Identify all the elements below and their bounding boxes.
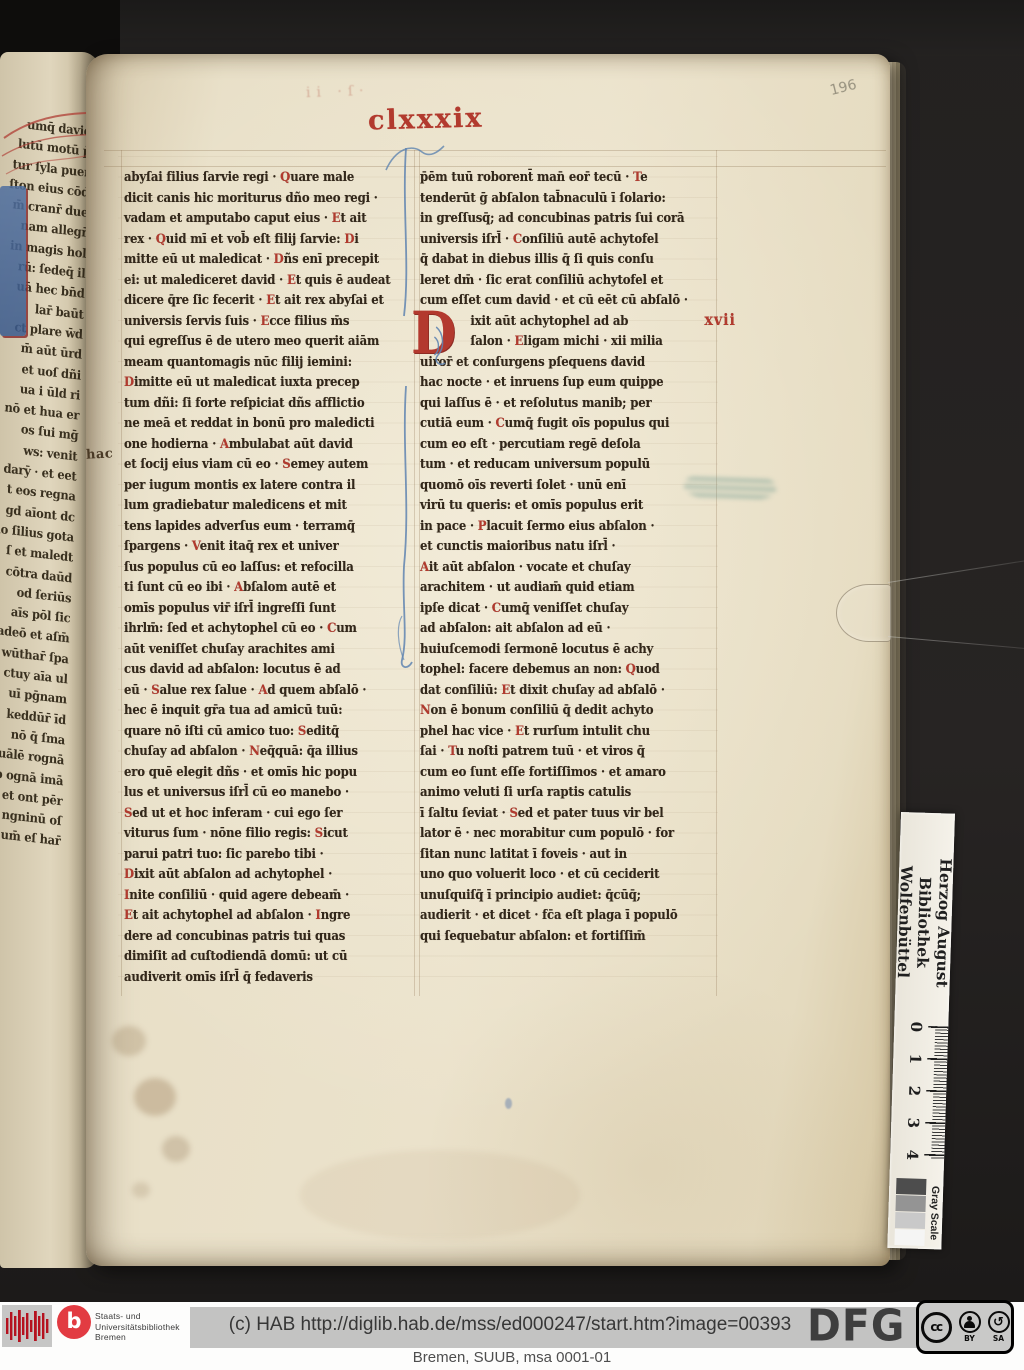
digitized-manuscript-scan: umq̄ davidlutū motū p̄tur ſyla puerſton …	[0, 0, 1024, 1370]
manuscript-text-line: qui laſſus ē · et reſolutus manib; per	[420, 394, 712, 415]
manuscript-text-line: Non ē bonum conſiliū q̄ dedit achyto	[420, 701, 712, 722]
faded-red-inscription: ii ·ſ·	[306, 83, 370, 101]
manuscript-text-line: cutiā eum · Cumq̄ fugit oīs populus qui	[420, 414, 712, 435]
manuscript-text-line: ſpargens · Venit itaq̄ rex et univer	[124, 537, 416, 558]
manuscript-text-line: ti ſunt cū eo ibi · Abſalom autē et	[124, 578, 416, 599]
manuscript-text-line: qui egreſſus ē de utero meo querit aiām	[124, 332, 416, 353]
cc-by-sa-badge: cc BY ↺ SA	[916, 1300, 1014, 1354]
manuscript-text-line: dere ad concubinas patris tui quas	[124, 927, 416, 948]
manuscript-text-line: ſitan nunc latitat ī foveis · aut in	[420, 845, 712, 866]
film-strip-edge	[888, 636, 1024, 649]
manuscript-text-line: ſus populus cū eo laſſus: et refocilla	[124, 558, 416, 579]
background-shadow-top	[0, 0, 1024, 56]
reference-ruler-strip: Herzog August Bibliothek Wolfenbüttel 01…	[887, 812, 955, 1249]
manuscript-text-line: tum · et reducam universum populū	[420, 455, 712, 476]
manuscript-text-line: ei: ut malediceret david · Et quis ē aud…	[124, 271, 416, 292]
gray-scale-patch	[894, 1229, 924, 1246]
dfg-logo: DFG	[807, 1301, 905, 1352]
manuscript-text-line: per iugum montis ex latere contra il	[124, 476, 416, 497]
manuscript-text-line: audiverit omīs iſrl̄ q̄ fedaveris	[124, 968, 416, 989]
manuscript-text-line: viturus ſum · nōne filio regis: Sicut	[124, 824, 416, 845]
manuscript-text-line: animo veluti ſi urſa raptis catulis	[420, 783, 712, 804]
ruler-cm-ticks	[924, 1026, 948, 1163]
ruler-number: 0	[907, 1021, 925, 1032]
manuscript-text-line: lator ē · nec morabitur cum populō · for	[420, 824, 712, 845]
manuscript-text-line: unuſquiſq̄ ī principio audiet: q̄cūq̄;	[420, 886, 712, 907]
suub-logo-patch	[2, 1305, 52, 1347]
stain	[132, 1182, 150, 1198]
manuscript-text-line: rex · Quid mī et vob̄ eſt filij ſarvie: …	[124, 230, 416, 251]
manuscript-text-line: ero quē elegit dñs · et omīs hic popu	[124, 763, 416, 784]
bremen-b-logo: b	[57, 1305, 91, 1339]
manuscript-text-line: hec ē inquit gr̄a tua ad amicū tuū:	[124, 701, 416, 722]
manuscript-text-line: p̄ēm tuū roborent̄ man̄ eor̄ tecū · Te	[420, 168, 712, 189]
manuscript-text-line: virū tu queris: et omīs populus erit	[420, 496, 712, 517]
ruler-number: 4	[903, 1149, 921, 1160]
manuscript-text-line: aūt veniſſet chuſay arachites ami	[124, 640, 416, 661]
manuscript-text-line: tenderūt ḡ abſalon tab̄naculū ī ſolario:	[420, 189, 712, 210]
manuscript-text-line: ad abſalon: ait abſalon ad eū ·	[420, 619, 712, 640]
cc-icon: cc	[921, 1312, 952, 1343]
ruler-number: 3	[904, 1117, 922, 1128]
bremen-label-line: Staats- und	[95, 1311, 180, 1322]
manuscript-text-line: dat conſiliū: Et dixit chuſay ad abſalō …	[420, 681, 712, 702]
ink-speck	[505, 1098, 512, 1109]
manuscript-text-line: tophel: facere debemus an non: Quod	[420, 660, 712, 681]
manuscript-text-line: q̄ dabat in diebus illis q̄ ſi quis conſ…	[420, 250, 712, 271]
manuscript-text-line: meam quantomagis nūc filij iemini:	[124, 353, 416, 374]
facing-page-blue-initial	[0, 186, 26, 336]
initial-filigree	[416, 313, 461, 383]
manuscript-text-line: ī ſaltu ſeviat · Sed et pater tuus vir b…	[420, 804, 712, 825]
manuscript-text-line: ſai · Tu noſti patrem tuū · et viros q̄	[420, 742, 712, 763]
manuscript-text-line: Inite conſiliū · quid agere debeam̄ ·	[124, 886, 416, 907]
manuscript-text-line: tens lapides adverſus eum · terramq̄	[124, 517, 416, 538]
film-strip-edge	[888, 560, 1024, 583]
manuscript-text-line: universis ſervis ſuis · Ecce filius m̄s	[124, 312, 416, 333]
ruling-line-vertical	[716, 150, 717, 996]
ruling-line-horizontal	[104, 166, 886, 167]
ruler-number: 1	[906, 1053, 924, 1064]
manuscript-text-line: ihrlm̄: ſed et achytophel cū eo · Cum	[124, 619, 416, 640]
manuscript-text-line: cus david ad abſalon: locutus ē ad	[124, 660, 416, 681]
manuscript-text-line: dicit canis hic moriturus dño meo regi ·	[124, 189, 416, 210]
manuscript-text-line: omīs populus vir̄ iſrl̄ ingreſſi ſunt	[124, 599, 416, 620]
manuscript-text-line: mitte eū ut maledicat · Dñs enī precepit	[124, 250, 416, 271]
manuscript-text-line: tum dñi: ſi forte reſpiciat dñs afflicti…	[124, 394, 416, 415]
manuscript-text-line: et ſocij eius viam cū eo · Semey autem	[124, 455, 416, 476]
water-stain	[300, 1150, 580, 1240]
suub-barcode-logo	[5, 1308, 49, 1344]
ruler-scale: 01234	[890, 1021, 949, 1177]
bremen-label-line: Universitätsbibliothek	[95, 1322, 180, 1333]
manuscript-text-line: in pace · Placuit ſermo eius abſalon ·	[420, 517, 712, 538]
manuscript-text-line: Dimitte eū ut maledicat iuxta precep	[124, 373, 416, 394]
folio-header-rubric: clxxxix	[368, 102, 484, 136]
manuscript-text-line: huiuſcemodi ſermonē locutus ē achy	[420, 640, 712, 661]
manuscript-text-line: chuſay ad abſalon · Neq̄quā: q̄a illius	[124, 742, 416, 763]
chapter-number-rubric: xvii	[704, 310, 736, 331]
manuscript-text-line: eū · Salue rex ſalue · Ad quem abſalō ·	[124, 681, 416, 702]
stain	[112, 1026, 146, 1056]
manuscript-text-line: ne meā et reddat in bonū pro maledicti	[124, 414, 416, 435]
manuscript-text-line: uiror̄ et conſurgens pſequens david	[420, 353, 712, 374]
bremen-label-line: Bremen	[95, 1332, 180, 1343]
manuscript-text-line: Et ait achytophel ad abſalon · Ingre	[124, 906, 416, 927]
copyright-url-text: (c) HAB http://diglib.hab.de/mss/ed00024…	[190, 1314, 830, 1336]
ruling-line-vertical	[121, 150, 122, 996]
ruler-number: 2	[905, 1085, 923, 1096]
manuscript-text-line: lum gradiebatur maledicens et mit	[124, 496, 416, 517]
manuscript-text-line: Ait aūt abſalon · vocate et chuſay	[420, 558, 712, 579]
gray-scale-patch	[895, 1212, 925, 1229]
manuscript-text-line: cum eſſet cum david · et cū eēt cū abſal…	[420, 291, 712, 312]
manuscript-text-line: dicere q̄re ſic fecerit · Et ait rex aby…	[124, 291, 416, 312]
right-text-column: D xvii p̄ēm tuū roborent̄ man̄ eor̄ tecū…	[420, 168, 712, 947]
manuscript-text-line: vadam et amputabo caput eius · Et ait	[124, 209, 416, 230]
margin-note: hac	[86, 446, 114, 462]
manuscript-text-line: parui patri tuo: ſic parebo tibi ·	[124, 845, 416, 866]
cc-by-icon: BY	[959, 1311, 981, 1343]
gray-scale-target: Gray Scale	[887, 1176, 943, 1250]
manuscript-text-line: et cunctis maioribus natu iſrl̄ ·	[420, 537, 712, 558]
manuscript-text-line: ixit aūt achytophel ad ab	[420, 312, 712, 333]
manuscript-text-line: quare nō iſti cū amico tuo: Seditq̄	[124, 722, 416, 743]
manuscript-text-line: leret dm̄ · ſic erat conſiliū achytofel …	[420, 271, 712, 292]
manuscript-text-line: cum eo ſunt eſſe fortiſſimos · et amaro	[420, 763, 712, 784]
manuscript-text-line: Sed ut et hoc inferam · cui ego ſer	[124, 804, 416, 825]
manuscript-text-line: dimiſit ad cuſtodiendā domū: ut cū	[124, 947, 416, 968]
manuscript-text-line: one hodierna · Ambulabat aūt david	[124, 435, 416, 456]
decorated-initial-d: D	[411, 309, 463, 373]
manuscript-text-line: audierit · et dicet · fc̄a eſt plaga ī p…	[420, 906, 712, 927]
manuscript-text-line: cum eo eſt · percutiam regē deſola	[420, 435, 712, 456]
ruling-line-horizontal	[104, 150, 886, 151]
manuscript-text-line: lus et universus iſrl̄ cū eo manebo ·	[124, 783, 416, 804]
manuscript-text-line: phel hac vice · Et rurſum intulit chu	[420, 722, 712, 743]
manuscript-text-line: hac nocte · et inruens ſup eum quippe	[420, 373, 712, 394]
manuscript-text-line: Dixit aūt abſalon ad achytophel ·	[124, 865, 416, 886]
manuscript-text-line: quomō oīs reverti ſolet · unū enī	[420, 476, 712, 497]
manuscript-text-line: qui ſequebatur abſalon: et fortiſſim̄	[420, 927, 712, 948]
shelfmark-caption: Bremen, SUUB, msa 0001-01	[0, 1349, 1024, 1366]
manuscript-text-line: in greſſusq̄; ad concubinas patris ſui c…	[420, 209, 712, 230]
manuscript-text-line: universis iſrl̄ · Conſiliū autē achytofe…	[420, 230, 712, 251]
gray-scale-patch	[896, 1178, 926, 1195]
bremen-library-label: Staats- undUniversitätsbibliothekBremen	[95, 1311, 180, 1343]
manuscript-text-line: abyſai filius ſarvie regi · Quare male	[124, 168, 416, 189]
manuscript-text-line: uno quo voluerit loco · et cū ceciderit	[420, 865, 712, 886]
stain	[134, 1078, 176, 1116]
manuscript-text-line: ipſe dicat · Cumq̄ veniſſet chuſay	[420, 599, 712, 620]
manuscript-text-line: arachitem · ut audiam̄ quid etiam	[420, 578, 712, 599]
manuscript-text-line: ſalon · Eligam michi · xii milia	[420, 332, 712, 353]
cc-sa-icon: ↺ SA	[988, 1311, 1010, 1343]
gray-scale-patch	[895, 1195, 925, 1212]
stain	[162, 1136, 190, 1162]
left-text-column: abyſai filius ſarvie regi · Quare maledi…	[124, 168, 416, 988]
ruler-institution-label: Herzog August Bibliothek Wolfenbüttel	[894, 812, 955, 1023]
